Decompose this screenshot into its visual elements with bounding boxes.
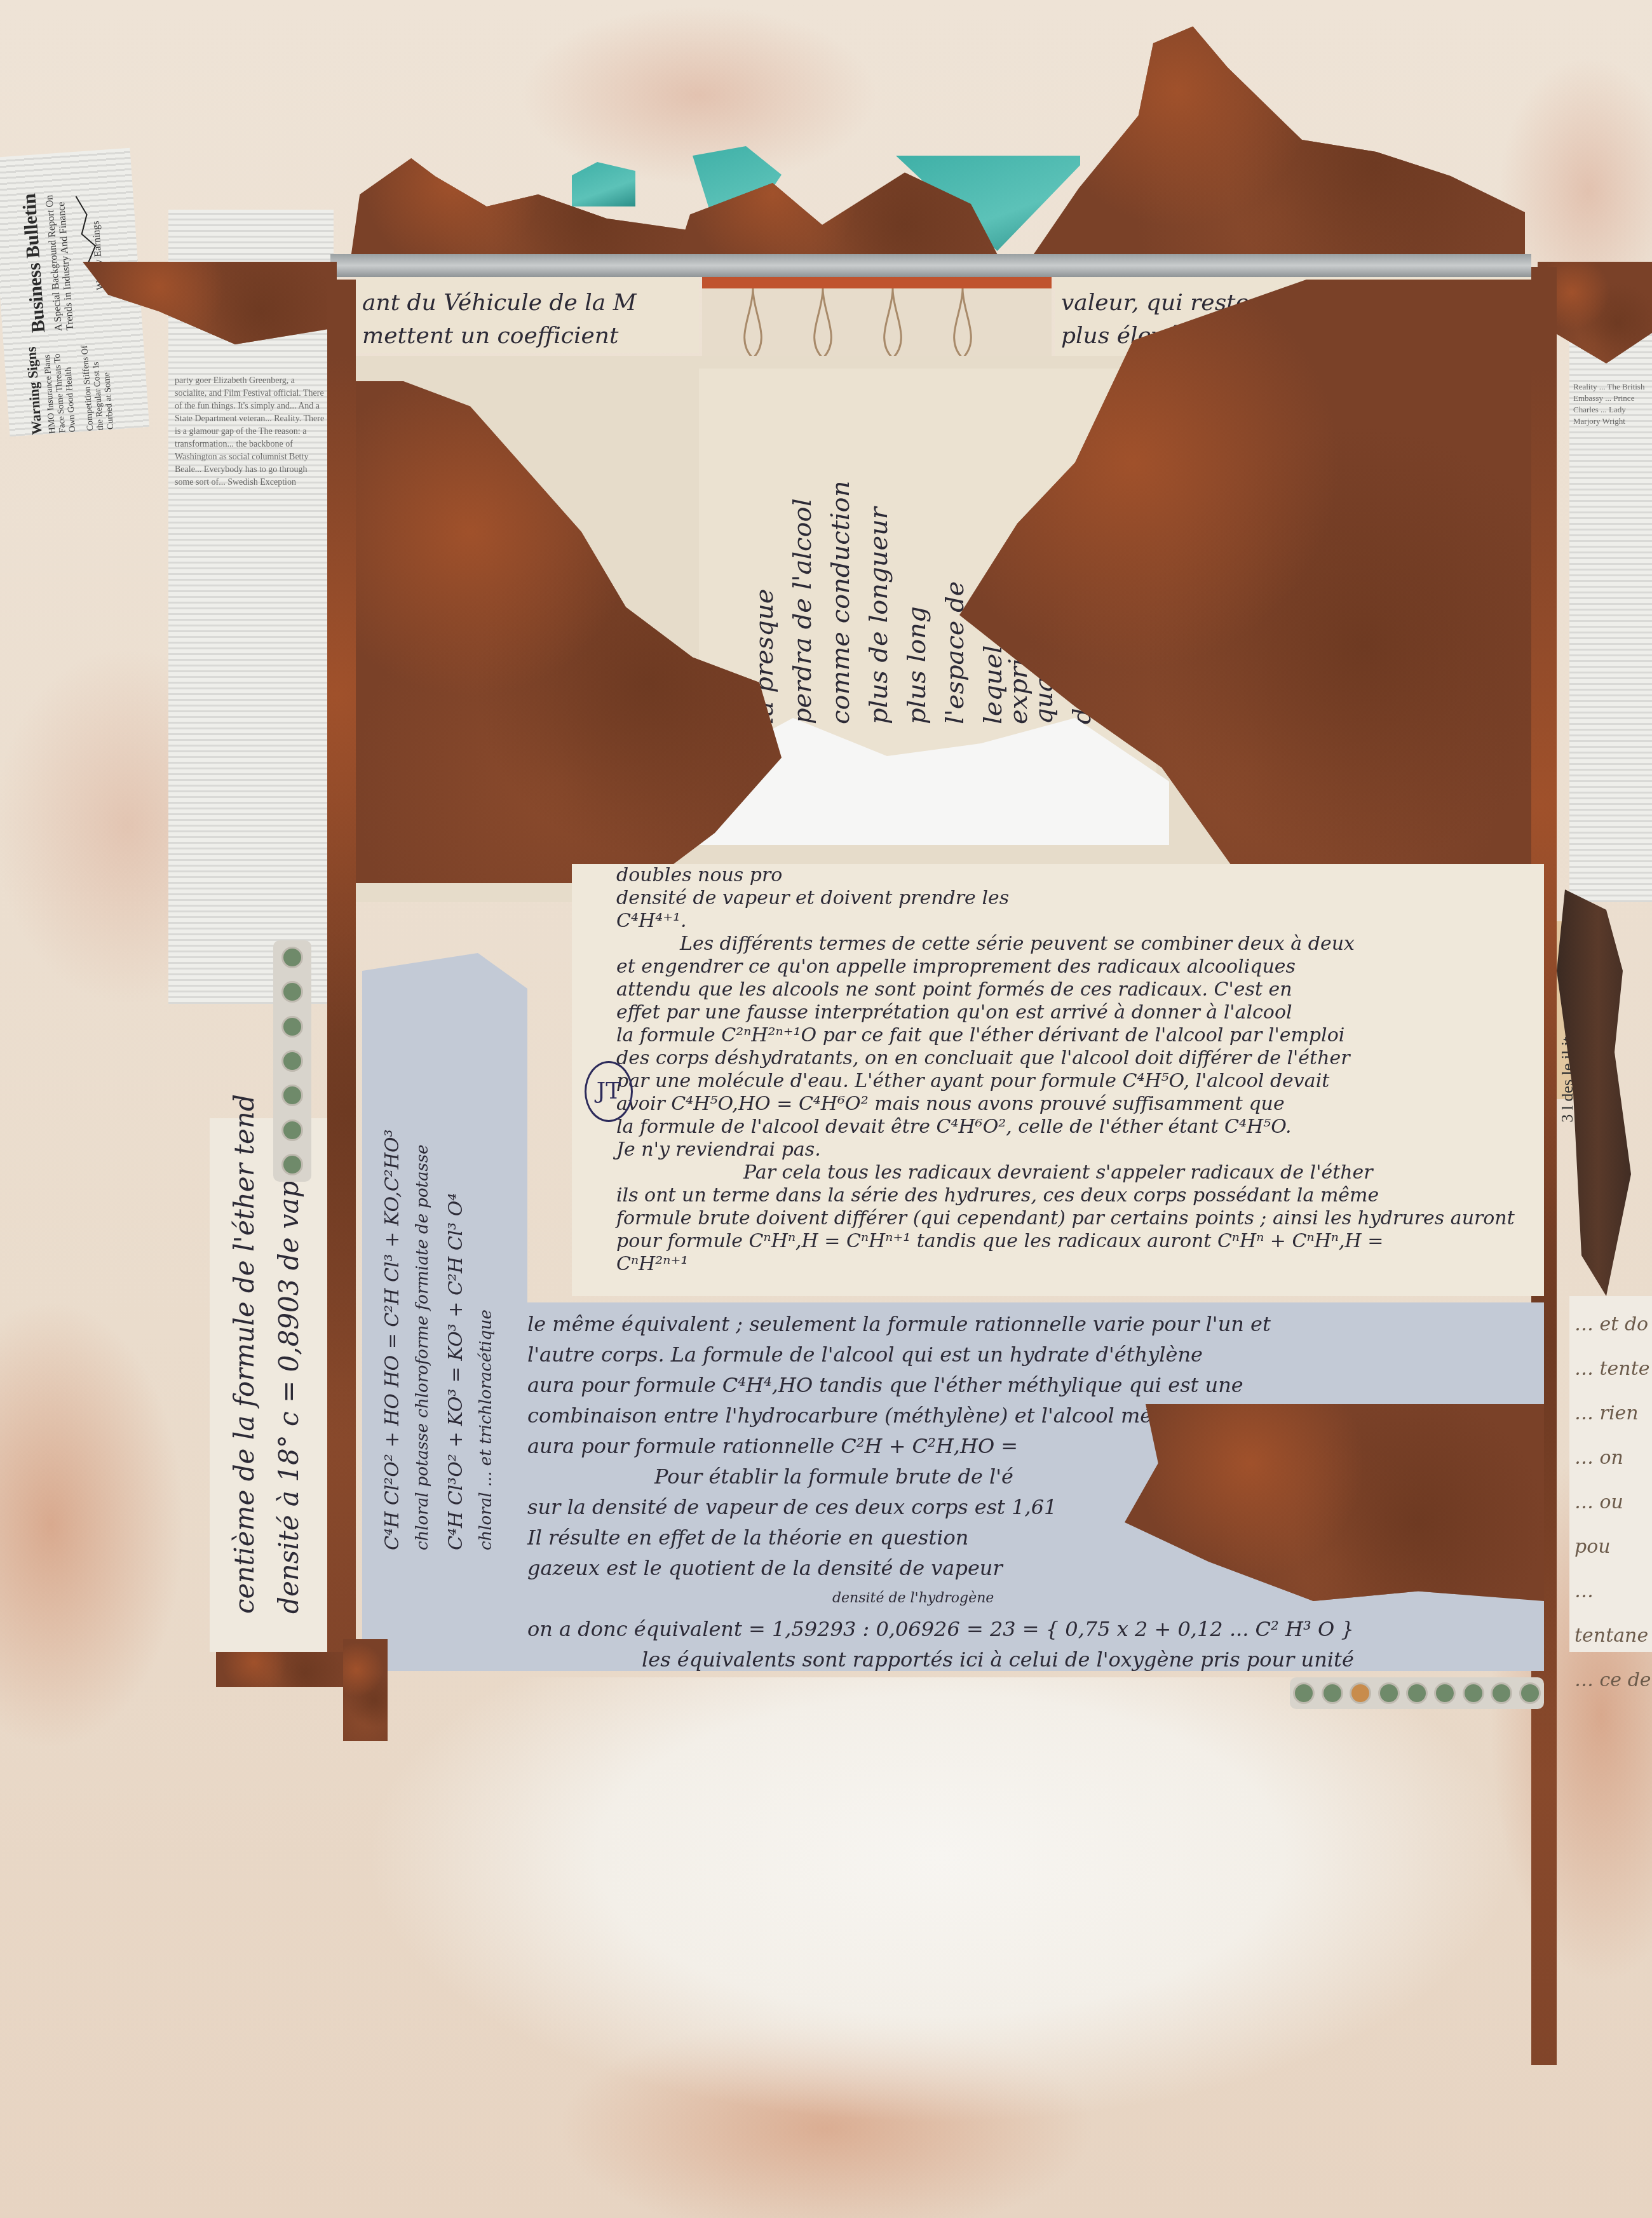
circular-ink-stamp: JT	[585, 1061, 633, 1122]
rust-bar-left-foot	[343, 1639, 388, 1741]
subhead-hmo: HMO Insurance Plans Face Some Threats To…	[42, 343, 79, 434]
manuscript-line: C⁴H Cl³O² + KO³ = KO³ + C²H Cl³ O⁴	[445, 1042, 467, 1550]
rust-bar-left	[327, 280, 356, 1665]
rust-bar-left-horizontal	[216, 1652, 343, 1687]
right-edge-manuscript: … et do … tente … rien … on … ou pou … t…	[1569, 1296, 1652, 1652]
cream-sheet-text: doubles nous pro densité de vapeur et do…	[616, 864, 1515, 1276]
manuscript-line: chloral potasse chloroforme formiate de …	[413, 1042, 432, 1550]
manuscript-line: la presque	[750, 407, 779, 724]
red-edge	[702, 277, 1052, 288]
blue-vertical-formulas: C⁴H Cl²O² + HO HO = C²H Cl³ + KO,C²HO³ c…	[356, 1017, 534, 1652]
headline-warning-signs: Warning Signs	[23, 346, 46, 435]
bead-strip-left	[273, 940, 311, 1182]
manuscript-top-left: ant du Véhicule de la M mettent un coeff…	[356, 277, 699, 353]
manuscript-line: plus long	[902, 407, 931, 724]
manuscript-line: l'espace de	[940, 407, 970, 724]
steel-strip-top	[330, 254, 1531, 277]
white-wash-area	[330, 1677, 1550, 2122]
manuscript-line: centième de la formule de l'éther tend	[229, 1156, 260, 1614]
manuscript-line: ant du Véhicule de la M	[362, 290, 637, 316]
manuscript-line: plus de longueur	[864, 407, 893, 724]
manuscript-line: chloral ... et trichloracétique	[477, 1042, 496, 1550]
newspaper-text: party goer Elizabeth Greenberg, a social…	[175, 375, 327, 489]
newspaper-clipping-right-strip: Reality ... The British Embassy ... Prin…	[1569, 330, 1652, 902]
right-edge-text: … et do … tente … rien … on … ou pou … t…	[1574, 1302, 1652, 1703]
manuscript-line: comme conduction	[826, 407, 855, 724]
newspaper-text: Reality ... The British Embassy ... Prin…	[1573, 381, 1649, 427]
bead-strip-bottom-right	[1290, 1677, 1544, 1709]
manuscript-line: densité à 18° c = 0,8903 de vapeur	[273, 1156, 304, 1614]
manuscript-left-vertical: centième de la formule de l'éther tend d…	[210, 1118, 337, 1652]
manuscript-line: perdra de l'alcool	[788, 407, 817, 724]
manuscript-line: mettent un coefficient	[362, 323, 618, 349]
manuscript-line: C⁴H Cl²O² + HO HO = C²H Cl³ + KO,C²HO³	[381, 1042, 403, 1550]
manuscript-cream-sheet: doubles nous pro densité de vapeur et do…	[572, 864, 1544, 1296]
subhead-competition: Competition Stiffens Of the Regular Cost…	[80, 341, 117, 431]
